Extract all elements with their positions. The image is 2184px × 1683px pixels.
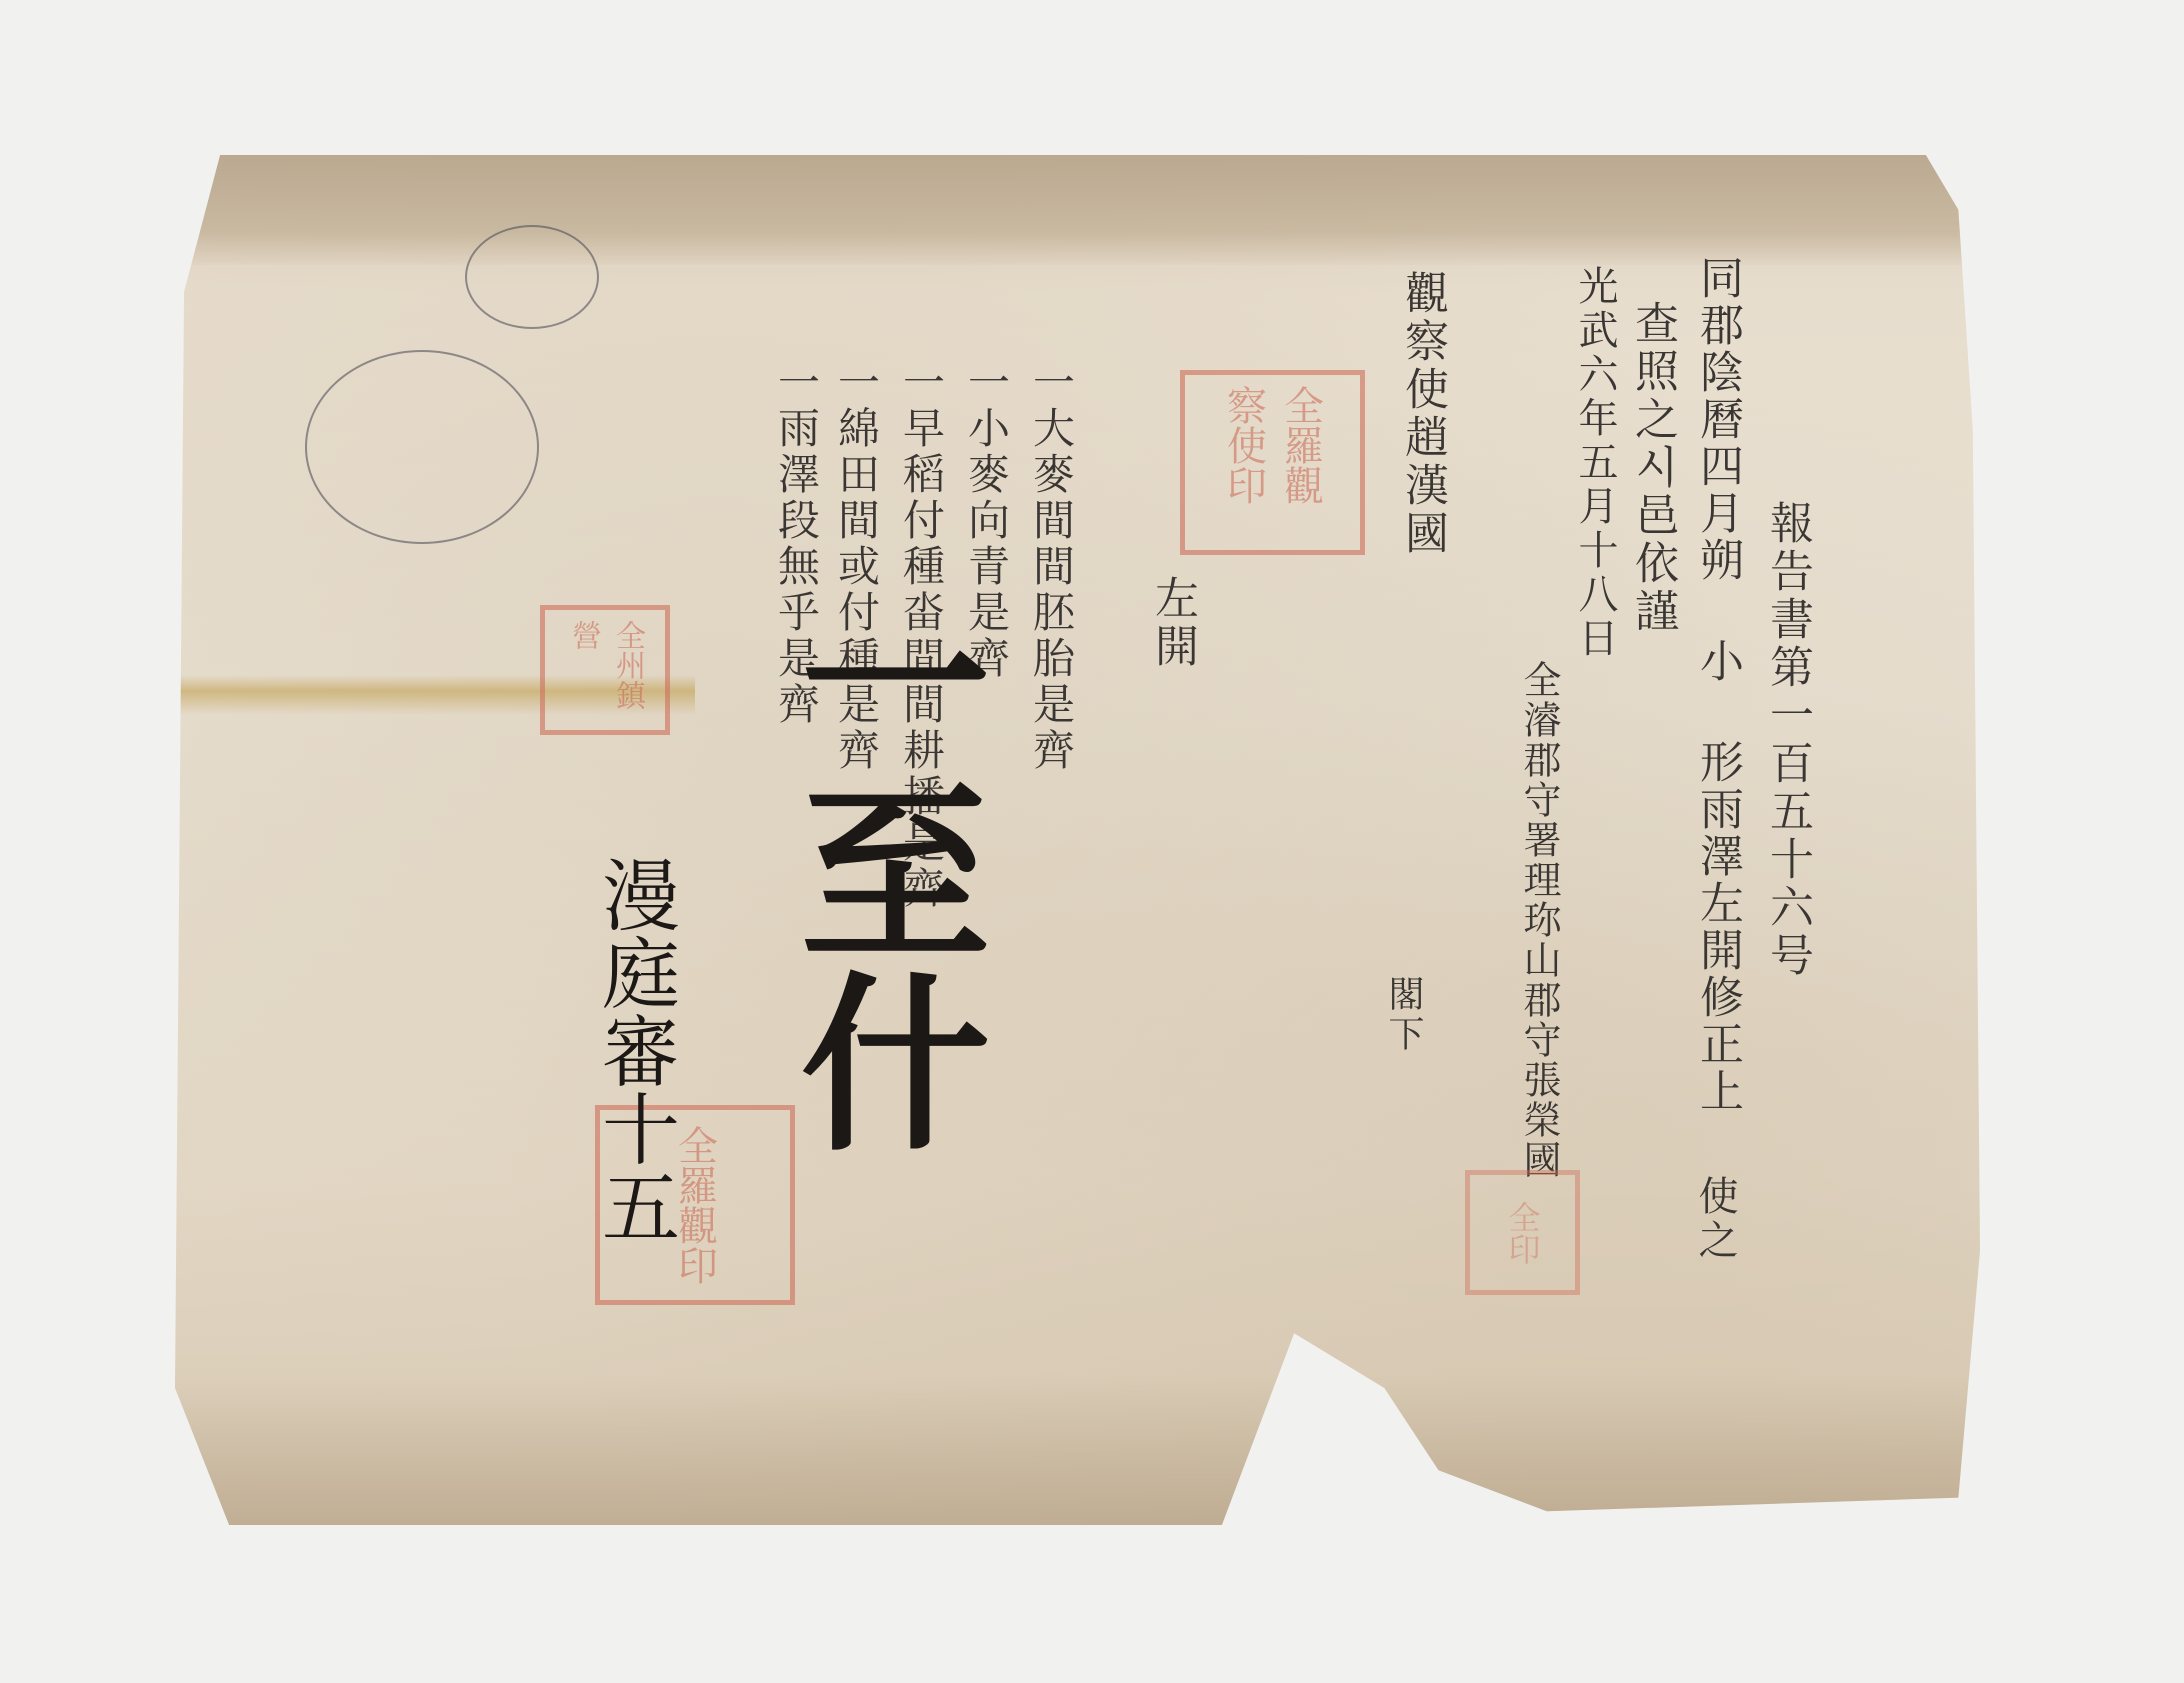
document-title: 報告書第一百五十六号: [1765, 500, 1809, 980]
body-line-2: 查照之시邑依謹: [1630, 300, 1674, 636]
seal-top-center: 全羅觀察使印: [1180, 370, 1365, 555]
top-stain-band: [175, 155, 1980, 265]
recipient-name: 觀察使趙漢國: [1400, 270, 1444, 558]
seal-left-mid: 全州鎮營: [540, 605, 670, 735]
sender-note: 使之: [1695, 1175, 1735, 1263]
item-barley: 一大麥間間胚胎是齊: [1030, 360, 1072, 774]
approval-signature-small: 漫庭審十五: [595, 855, 673, 1245]
bottom-stain-band: [175, 1375, 1980, 1525]
left-open-label: 左開: [1150, 575, 1194, 671]
document-date: 光武六年五月十八日: [1575, 265, 1615, 661]
pencil-loop-mark: [465, 225, 599, 329]
approval-signature-large: 一至什: [785, 585, 975, 1155]
pencil-curve-mark: [305, 350, 539, 544]
sender-name: 全濬郡守署理珎山郡守張榮國: [1520, 660, 1558, 1180]
honorific: 閣下: [1385, 975, 1421, 1055]
seal-lower-right: 全印: [1465, 1170, 1580, 1295]
document-paper: 報告書第一百五十六号 同郡陰曆四月朔 小 形雨澤左開修正上 使之 查照之시邑依謹…: [175, 155, 1980, 1525]
body-line-1: 同郡陰曆四月朔 小 形雨澤左開修正上: [1695, 255, 1739, 1115]
